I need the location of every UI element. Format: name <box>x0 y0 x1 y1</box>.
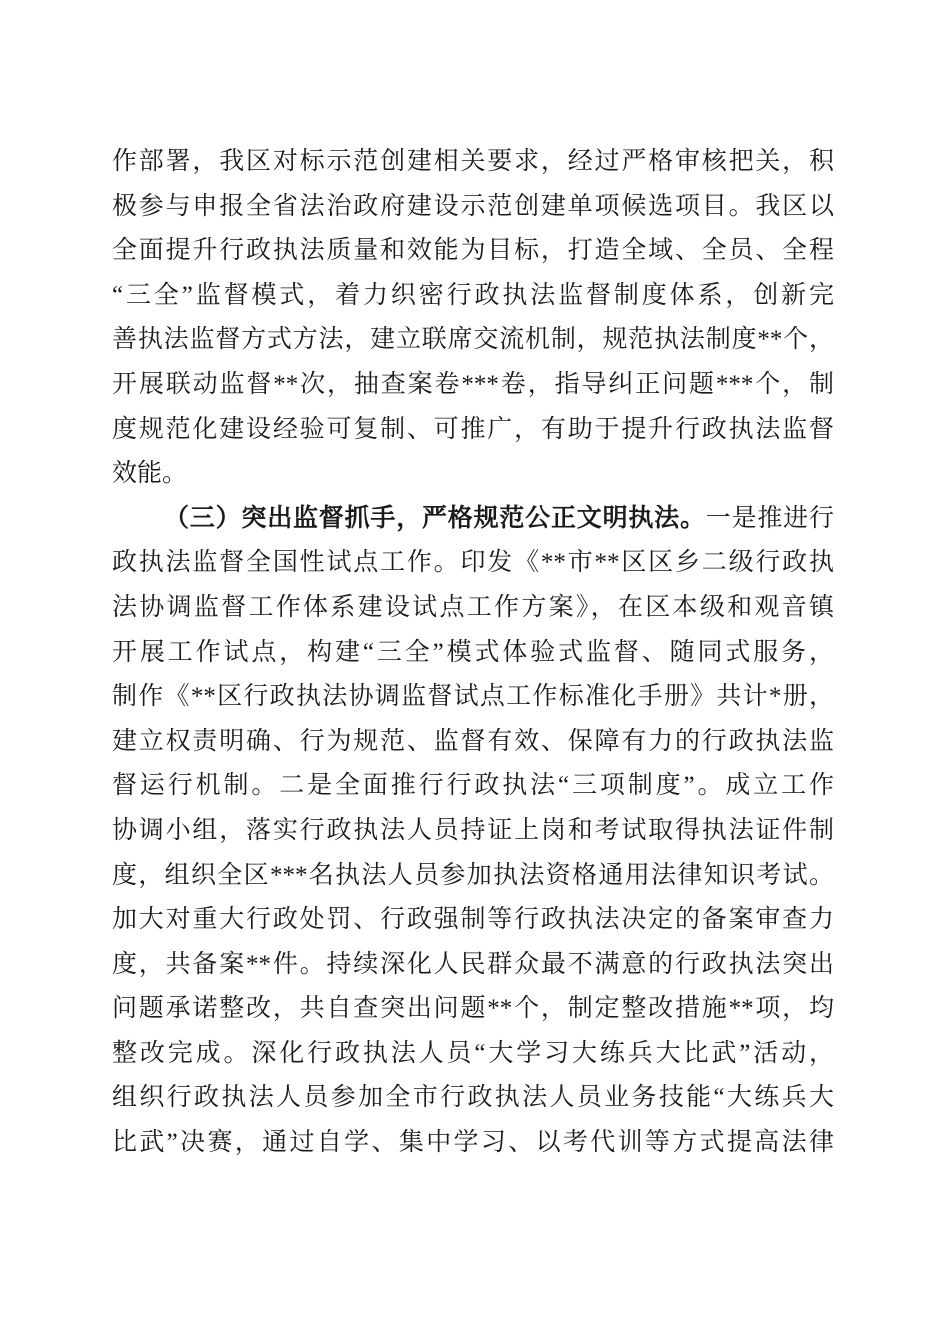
text-line: 加大对重大行政处罚、行政强制等行政执法决定的备案审查力 <box>112 898 834 943</box>
text-line: （三）突出监督抓手，严格规范公正文明执法。一是推进行 <box>112 497 834 542</box>
text-line: 建立权责明确、行为规范、监督有效、保障有力的行政执法监 <box>112 720 834 765</box>
text-line: 问题承诺整改，共自查突出问题**个，制定整改措施**项，均 <box>112 987 834 1032</box>
section-heading: （三）突出监督抓手，严格规范公正文明执法。 <box>164 505 706 532</box>
text-line: 度，共备案**件。持续深化人民群众最不满意的行政执法突出 <box>112 943 834 988</box>
section-heading-continuation: 一是推进行 <box>706 505 834 532</box>
text-line: “三全”监督模式，着力织密行政执法监督制度体系，创新完 <box>112 274 834 319</box>
text-line: 度，组织全区***名执法人员参加执法资格通用法律知识考试。 <box>112 854 834 899</box>
text-line: 作部署，我区对标示范创建相关要求，经过严格审核把关，积 <box>112 140 834 185</box>
text-line: 政执法监督全国性试点工作。印发《**市**区区乡二级行政执 <box>112 541 834 586</box>
text-line: 比武”决赛，通过自学、集中学习、以考代训等方式提高法律 <box>112 1121 834 1166</box>
text-line: 督运行机制。二是全面推行行政执法“三项制度”。成立工作 <box>112 764 834 809</box>
text-block: 作部署，我区对标示范创建相关要求，经过严格审核把关，积 极参与申报全省法治政府建… <box>112 140 834 1166</box>
text-line: 善执法监督方式方法，建立联席交流机制，规范执法制度**个， <box>112 318 834 363</box>
text-line: 法协调监督工作体系建设试点工作方案》，在区本级和观音镇 <box>112 586 834 631</box>
text-line: 开展联动监督**次，抽查案卷***卷，指导纠正问题***个，制 <box>112 363 834 408</box>
text-line: 度规范化建设经验可复制、可推广，有助于提升行政执法监督 <box>112 408 834 453</box>
document-page: 作部署，我区对标示范创建相关要求，经过严格审核把关，积 极参与申报全省法治政府建… <box>0 0 950 1344</box>
text-line: 全面提升行政执法质量和效能为目标，打造全域、全员、全程 <box>112 229 834 274</box>
text-line: 开展工作试点，构建“三全”模式体验式监督、随同式服务， <box>112 631 834 676</box>
text-line: 效能。 <box>112 452 834 497</box>
text-line: 整改完成。深化行政执法人员“大学习大练兵大比武”活动， <box>112 1032 834 1077</box>
text-line: 极参与申报全省法治政府建设示范创建单项候选项目。我区以 <box>112 185 834 230</box>
text-line: 制作《**区行政执法协调监督试点工作标准化手册》共计*册， <box>112 675 834 720</box>
text-line: 组织行政执法人员参加全市行政执法人员业务技能“大练兵大 <box>112 1076 834 1121</box>
text-line: 协调小组，落实行政执法人员持证上岗和考试取得执法证件制 <box>112 809 834 854</box>
